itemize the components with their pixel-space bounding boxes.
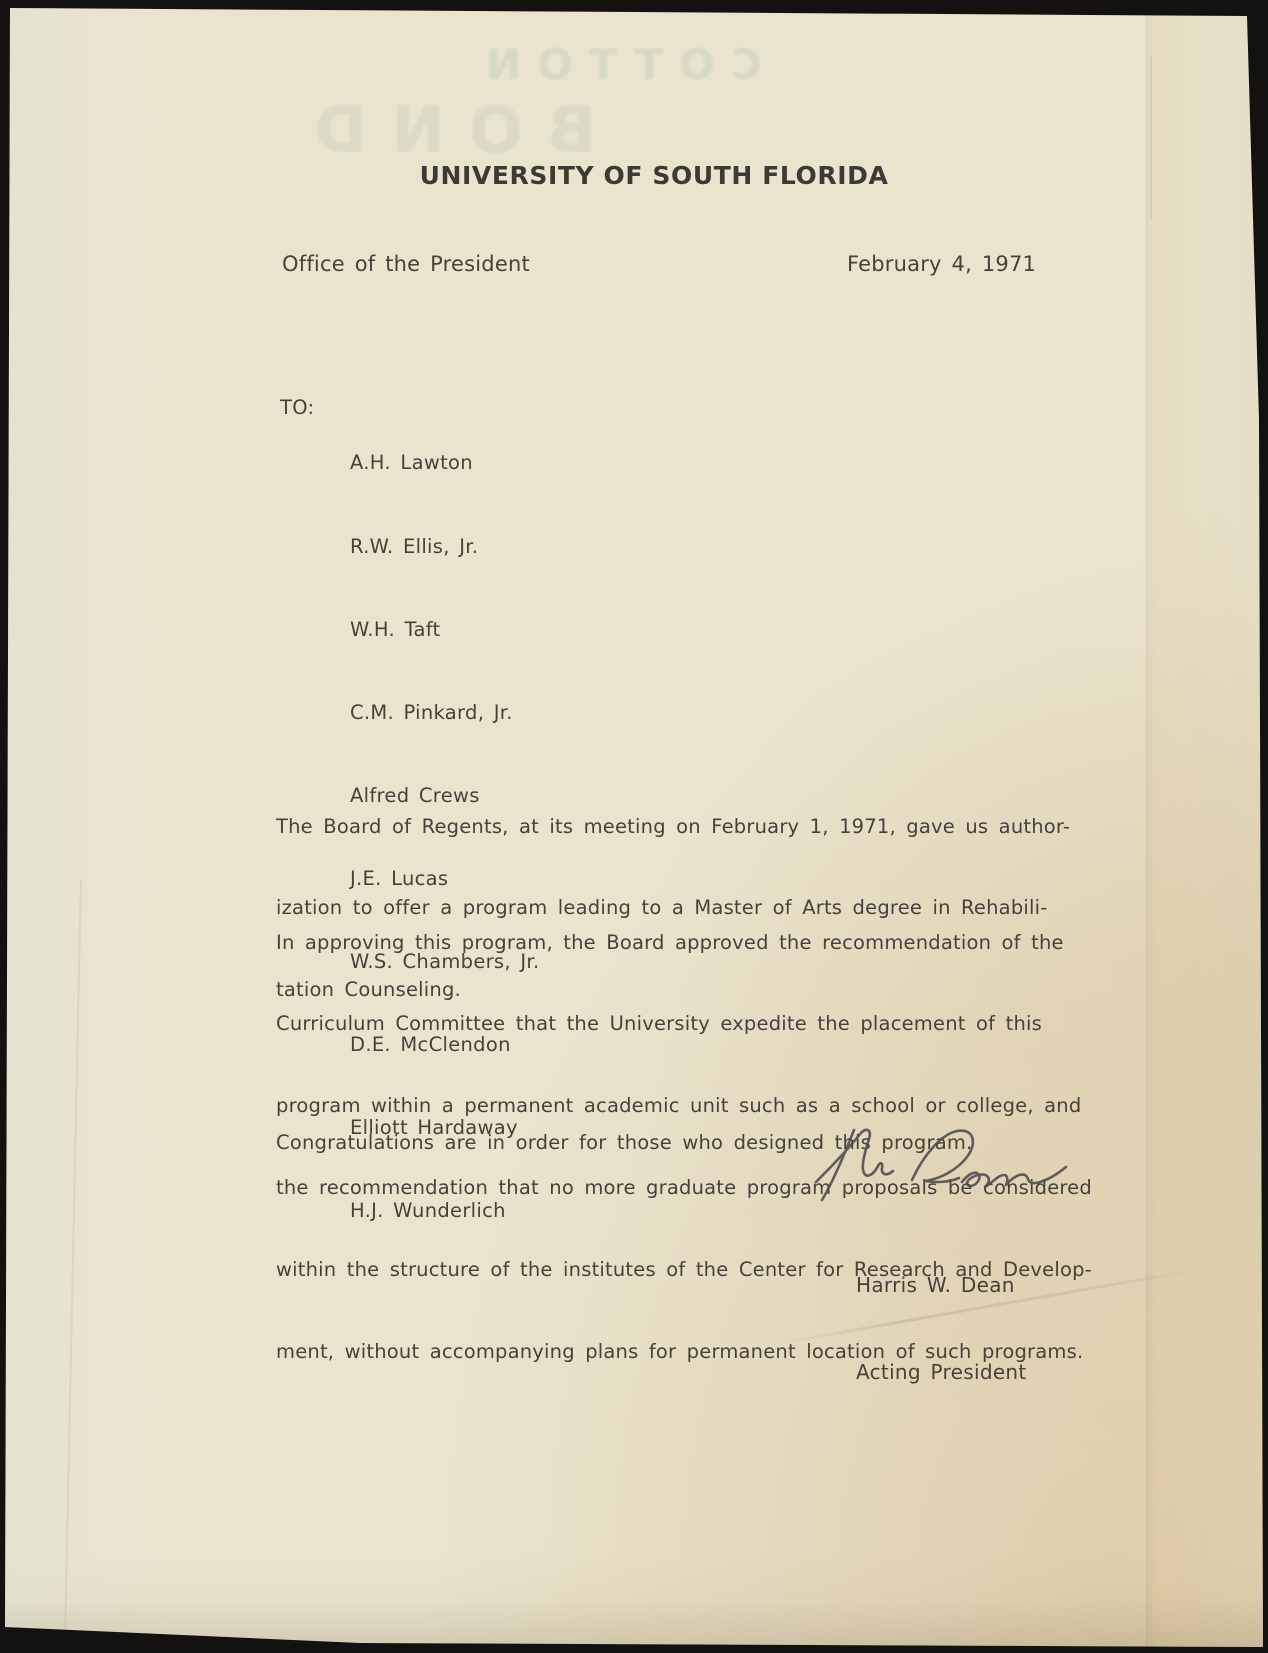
recipient-name: R.W. Ellis, Jr. bbox=[350, 533, 539, 561]
bottom-edge-shadow bbox=[0, 1600, 1268, 1653]
office-line: Office of the President bbox=[282, 251, 530, 278]
recipient-name: W.H. Taft bbox=[350, 616, 539, 644]
signer-name: Harris W. Dean bbox=[856, 1271, 1027, 1300]
signature-stroke bbox=[822, 1130, 854, 1200]
signature-script bbox=[812, 1124, 1080, 1208]
body-line: In approving this program, the Board app… bbox=[276, 929, 1092, 956]
letterhead-title: UNIVERSITY OF SOUTH FLORIDA bbox=[354, 162, 954, 189]
right-fold-crease bbox=[1146, 16, 1263, 1647]
body-line: Curriculum Committee that the University… bbox=[276, 1010, 1092, 1037]
left-crease bbox=[64, 880, 82, 1635]
signature-stroke bbox=[962, 1167, 1066, 1187]
letter-page: COTTON BOND UNIVERSITY OF SOUTH FLORIDA … bbox=[0, 0, 1268, 1653]
signature-stroke bbox=[912, 1131, 973, 1182]
body-line: The Board of Regents, at its meeting on … bbox=[276, 813, 1070, 840]
watermark-bond-text: BOND bbox=[290, 94, 596, 168]
recipients-label: TO: bbox=[280, 394, 314, 422]
recipient-name: C.M. Pinkard, Jr. bbox=[350, 699, 539, 727]
date-line: February 4, 1971 bbox=[847, 251, 1036, 278]
signer-title: Acting President bbox=[856, 1358, 1027, 1387]
watermark-cotton-text: COTTON bbox=[470, 40, 762, 89]
top-right-crease bbox=[1150, 55, 1152, 220]
signature-stroke bbox=[816, 1130, 893, 1182]
recipient-name: A.H. Lawton bbox=[350, 449, 539, 477]
scan-background: COTTON BOND UNIVERSITY OF SOUTH FLORIDA … bbox=[0, 0, 1268, 1653]
signature-block: Harris W. Dean Acting President bbox=[856, 1213, 1027, 1445]
